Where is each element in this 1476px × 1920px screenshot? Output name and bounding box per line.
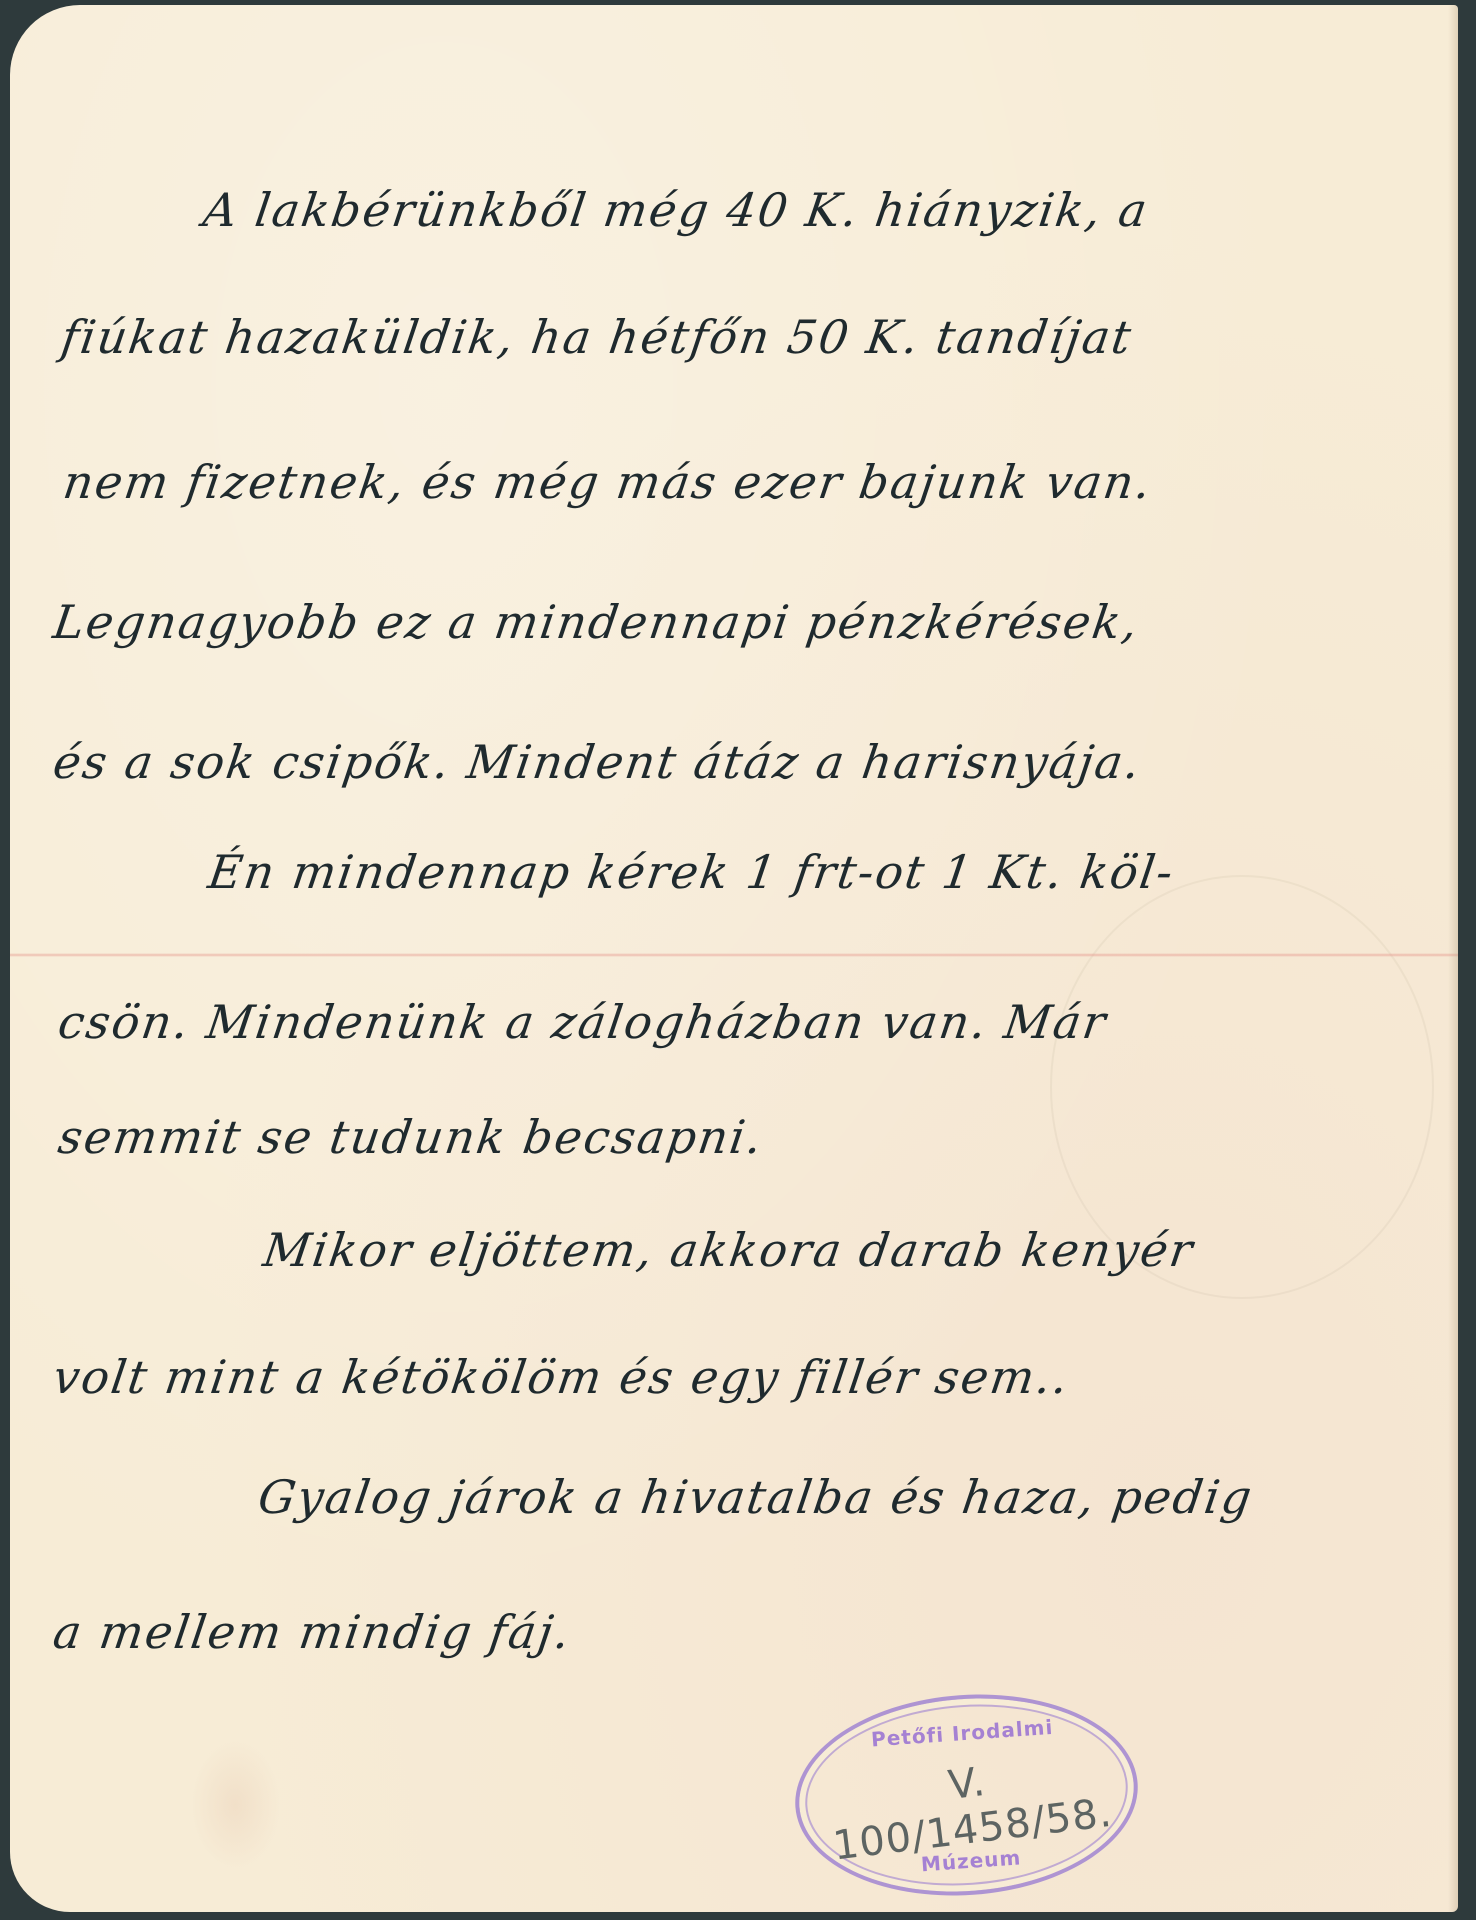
letter-line-5: és a sok csipők. Mindent átáz a harisnyá… xyxy=(50,735,1145,789)
letter-line-6: Én mindennap kérek 1 frt-ot 1 Kt. köl- xyxy=(205,845,1178,899)
letter-line-1: A lakbérünkből még 40 K. hiányzik, a xyxy=(200,183,1152,237)
letter-line-3: nem fizetnek, és még más ezer bajunk van… xyxy=(60,455,1156,509)
scanned-document: A lakbérünkből még 40 K. hiányzik, a fiú… xyxy=(0,0,1476,1920)
letter-line-7: csön. Mindenünk a zálogházban van. Már xyxy=(55,995,1111,1049)
letter-body: A lakbérünkből még 40 K. hiányzik, a fiú… xyxy=(10,5,1458,1912)
letter-line-8: semmit se tudunk becsapni. xyxy=(55,1110,767,1164)
letter-line-12: a mellem mindig fáj. xyxy=(50,1605,575,1659)
letter-line-2: fiúkat hazaküldik, ha hétfőn 50 K. tandí… xyxy=(58,310,1136,364)
letter-line-4: Legnagyobb ez a mindennapi pénzkérések, xyxy=(50,595,1143,649)
letter-paper: A lakbérünkből még 40 K. hiányzik, a fiú… xyxy=(10,5,1458,1912)
letter-line-11: Gyalog járok a hivatalba és haza, pedig xyxy=(255,1470,1257,1524)
letter-line-10: volt mint a kétökölöm és egy fillér sem.… xyxy=(50,1350,1073,1404)
letter-line-9: Mikor eljöttem, akkora darab kenyér xyxy=(260,1223,1198,1277)
